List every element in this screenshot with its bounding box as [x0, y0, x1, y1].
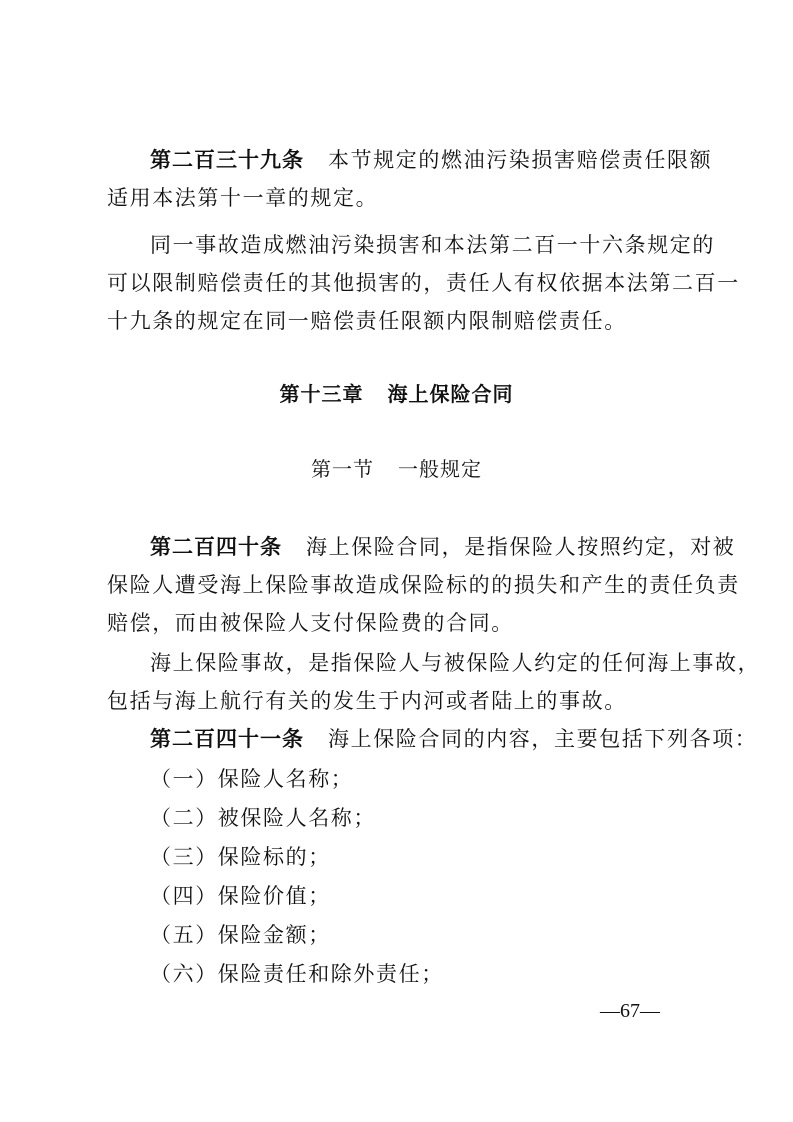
- article-240-line-3: 赔偿，而由被保险人支付保险费的合同。: [107, 610, 699, 636]
- chapter-title: 海上保险合同: [388, 382, 514, 406]
- article-240-para2-line-1: 海上保险事故，是指保险人与被保险人约定的任何海上事故，: [150, 650, 699, 676]
- list-item: （四）保险价值；: [150, 883, 699, 909]
- article-241-line-1: 第二百四十一条海上保险合同的内容，主要包括下列各项：: [150, 726, 699, 752]
- article-239-para2-line-2: 可以限制赔偿责任的其他损害的，责任人有权依据本法第二百一: [107, 270, 699, 296]
- list-item: （一）保险人名称；: [150, 766, 699, 792]
- article-239-line-2: 适用本法第十一章的规定。: [107, 185, 699, 211]
- page-number: —67—: [600, 1000, 660, 1023]
- article-240-line-1: 第二百四十条海上保险合同，是指保险人按照约定，对被: [150, 534, 699, 560]
- article-240-text: 海上保险合同，是指保险人按照约定，对被: [306, 535, 735, 559]
- article-239-para2-line-3: 十九条的规定在同一赔偿责任限额内限制赔偿责任。: [107, 308, 699, 334]
- list-item: （三）保险标的；: [150, 844, 699, 870]
- article-240-line-2: 保险人遭受海上保险事故造成保险标的的损失和产生的责任负责: [107, 572, 699, 598]
- section-title: 一般规定: [398, 457, 482, 481]
- section-number: 第一节: [311, 457, 374, 481]
- article-241-heading: 第二百四十一条: [150, 727, 304, 751]
- article-239-heading: 第二百三十九条: [150, 148, 304, 172]
- list-item: （六）保险责任和除外责任；: [150, 961, 699, 987]
- article-239-line-1: 第二百三十九条本节规定的燃油污染损害赔偿责任限额: [150, 147, 699, 173]
- list-item: （二）被保险人名称；: [150, 805, 699, 831]
- article-241-text: 海上保险合同的内容，主要包括下列各项：: [328, 727, 757, 751]
- article-239-para2-line-1: 同一事故造成燃油污染损害和本法第二百一十六条规定的: [150, 232, 699, 258]
- article-240-para2-line-2: 包括与海上航行有关的发生于内河或者陆上的事故。: [107, 688, 699, 714]
- list-item: （五）保险金额；: [150, 922, 699, 948]
- article-240-heading: 第二百四十条: [150, 535, 282, 559]
- chapter-number: 第十三章: [280, 382, 364, 406]
- section-heading: 第一节一般规定: [0, 456, 793, 482]
- chapter-heading: 第十三章海上保险合同: [0, 381, 793, 407]
- article-239-text: 本节规定的燃油污染损害赔偿责任限额: [328, 148, 712, 172]
